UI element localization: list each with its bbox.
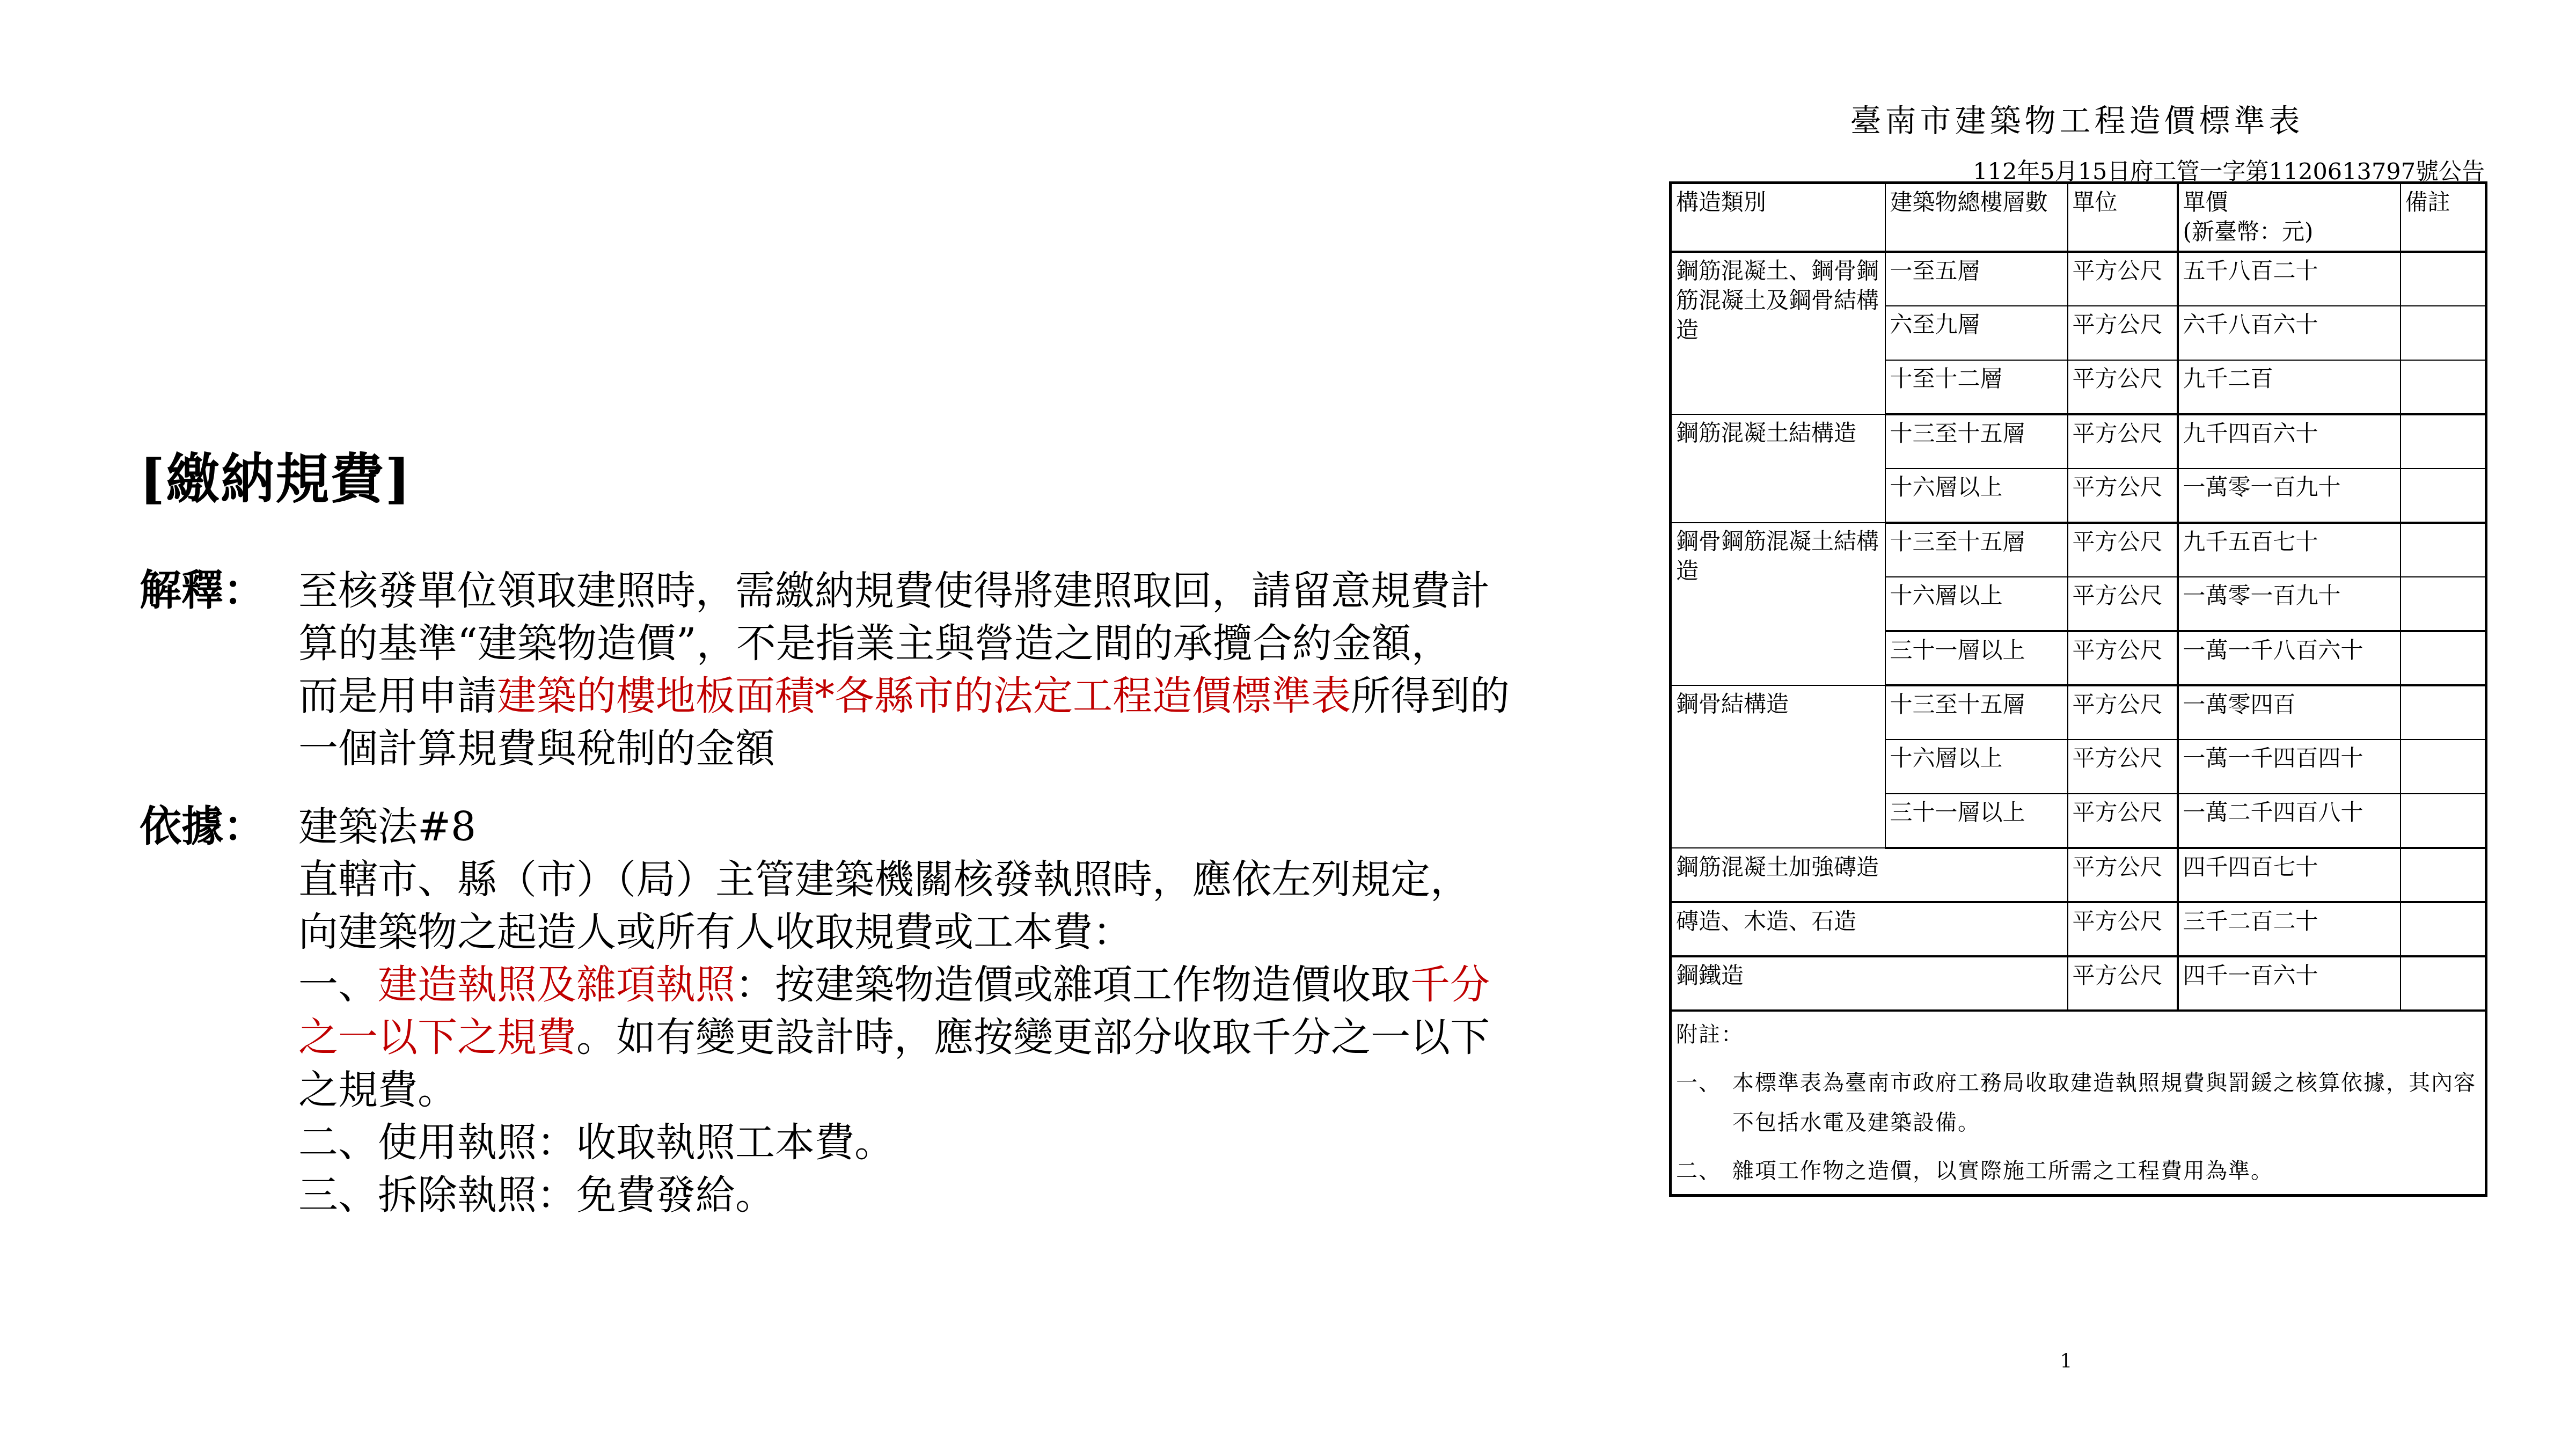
remark-cell (2401, 306, 2486, 360)
table-notes-row: 附註： 一、本標準表為臺南市政府工務局收取建造執照規費與罰鍰之核算依據，其內容不… (1671, 1011, 2486, 1196)
text-segment: 。如有變更設計時，應按變更部分收取千分之一以下 (576, 1014, 1490, 1060)
explain-body: 至核發單位領取建照時，需繳納規費使得將建照取回，請留意規費計 算的基準“建築物造… (298, 565, 1597, 775)
basis-body: 建築法#8 直轄市、縣（市）（局）主管建築機關核發執照時，應依左列規定， 向建築… (298, 801, 1597, 1221)
note-item: 一、本標準表為臺南市政府工務局收取建造執照規費與罰鍰之核算依據，其內容不包括水電… (1676, 1063, 2480, 1143)
notes-cell: 附註： 一、本標準表為臺南市政府工務局收取建造執照規費與罰鍰之核算依據，其內容不… (1671, 1011, 2486, 1196)
note-text: 雜項工作物之造價，以實際施工所需之工程費用為準。 (1732, 1159, 2273, 1183)
text-segment: 千分 (1410, 962, 1490, 1008)
table-row: 鋼骨鋼筋混凝土結構造 十三至十五層 平方公尺 九千五百七十 (1671, 523, 2486, 577)
unit-cell: 平方公尺 (2068, 740, 2178, 794)
unit-cell: 平方公尺 (2068, 956, 2178, 1011)
table-title: 臺南市建築物工程造價標準表 (1669, 96, 2485, 141)
price-cell: 九千五百七十 (2178, 523, 2401, 577)
text-line: 直轄市、縣（市）（局）主管建築機關核發執照時，應依左列規定， (298, 853, 1597, 906)
table-row: 鋼鐵造 平方公尺 四千一百六十 (1671, 956, 2486, 1011)
remark-cell (2401, 360, 2486, 414)
price-cell: 五千八百二十 (2178, 252, 2401, 306)
text-segment: 向建築物之起造人或所有人收取規費或工本費： (298, 909, 1132, 955)
text-segment: 所得到的 (1351, 673, 1510, 719)
price-cell: 九千二百 (2178, 360, 2401, 414)
cost-standard-table: 構造類別 建築物總樓層數 單位 單價 (新臺幣：元) 備註 鋼筋混凝土、鋼骨鋼筋… (1669, 181, 2487, 1197)
remark-cell (2401, 469, 2486, 523)
unit-cell: 平方公尺 (2068, 794, 2178, 848)
note-number: 一、 (1676, 1063, 1732, 1103)
remark-cell (2401, 414, 2486, 469)
floors-cell: 十至十二層 (1885, 360, 2068, 414)
unit-cell: 平方公尺 (2068, 902, 2178, 956)
text-line: 至核發單位領取建照時，需繳納規費使得將建照取回，請留意規費計 (298, 565, 1597, 617)
floors-cell: 十三至十五層 (1885, 685, 2068, 740)
unit-cell: 平方公尺 (2068, 306, 2178, 360)
price-cell: 四千一百六十 (2178, 956, 2401, 1011)
price-header-line1: 單價 (2183, 187, 2396, 217)
table-header-row: 構造類別 建築物總樓層數 單位 單價 (新臺幣：元) 備註 (1671, 183, 2486, 252)
table-row: 鋼骨結構造 十三至十五層 平方公尺 一萬零四百 (1671, 685, 2486, 740)
text-segment: 建築的樓地板面積*各縣市的法定工程造價標準表 (497, 673, 1351, 719)
price-cell: 一萬零一百九十 (2178, 469, 2401, 523)
unit-cell: 平方公尺 (2068, 631, 2178, 685)
price-cell: 三千二百二十 (2178, 902, 2401, 956)
text-segment: 建造執照及雜項執照 (378, 962, 735, 1008)
table-row: 磚造、木造、石造 平方公尺 三千二百二十 (1671, 902, 2486, 956)
text-segment: 一個計算規費與稅制的金額 (298, 726, 775, 772)
text-segment: 至核發單位領取建照時，需繳納規費使得將建照取回，請留意規費計 (298, 568, 1490, 614)
page-title: [繳納規費] (140, 436, 412, 513)
remark-cell (2401, 848, 2486, 902)
remark-cell (2401, 956, 2486, 1011)
note-number: 二、 (1676, 1151, 1732, 1191)
unit-cell: 平方公尺 (2068, 577, 2178, 631)
text-line: 之一以下之規費。如有變更設計時，應按變更部分收取千分之一以下 (298, 1011, 1597, 1064)
floors-cell: 三十一層以上 (1885, 794, 2068, 848)
text-segment: 建築法#8 (298, 804, 476, 850)
unit-cell: 平方公尺 (2068, 414, 2178, 469)
text-segment: 三、拆除執照：免費發給。 (298, 1172, 775, 1218)
page-number: 1 (2034, 1350, 2098, 1372)
table-row: 鋼筋混凝土、鋼骨鋼筋混凝土及鋼骨結構造 一至五層 平方公尺 五千八百二十 (1671, 252, 2486, 306)
category-cell: 鋼骨結構造 (1671, 685, 1885, 848)
text-line: 向建築物之起造人或所有人收取規費或工本費： (298, 906, 1597, 958)
text-line: 算的基準“建築物造價”，不是指業主與營造之間的承攬合約金額， (298, 617, 1597, 670)
text-line: 二、使用執照：收取執照工本費。 (298, 1116, 1597, 1169)
text-segment: 而是用申請 (298, 673, 497, 719)
remark-cell (2401, 252, 2486, 306)
category-cell: 鋼筋混凝土、鋼骨鋼筋混凝土及鋼骨結構造 (1671, 252, 1885, 414)
remark-cell (2401, 902, 2486, 956)
floors-cell: 六至九層 (1885, 306, 2068, 360)
col-header-category: 構造類別 (1671, 183, 1885, 252)
text-segment: 直轄市、縣（市）（局）主管建築機關核發執照時，應依左列規定， (298, 857, 1470, 903)
col-header-floors: 建築物總樓層數 (1885, 183, 2068, 252)
text-line: 而是用申請建築的樓地板面積*各縣市的法定工程造價標準表所得到的 (298, 670, 1597, 722)
notes-label: 附註： (1676, 1015, 2480, 1055)
floors-cell: 十三至十五層 (1885, 414, 2068, 469)
remark-cell (2401, 631, 2486, 685)
col-header-remarks: 備註 (2401, 183, 2486, 252)
price-cell: 九千四百六十 (2178, 414, 2401, 469)
note-text: 本標準表為臺南市政府工務局收取建造執照規費與罰鍰之核算依據，其內容不包括水電及建… (1732, 1071, 2476, 1135)
category-cell: 鋼筋混凝土結構造 (1671, 414, 1885, 523)
floors-cell: 十六層以上 (1885, 469, 2068, 523)
floors-cell: 三十一層以上 (1885, 631, 2068, 685)
explain-label: 解釋： (140, 565, 295, 617)
text-line: 之規費。 (298, 1064, 1597, 1116)
text-segment: 之規費。 (298, 1067, 457, 1113)
text-segment: 算的基準“建築物造價”，不是指業主與營造之間的承攬合約金額， (298, 620, 1451, 667)
text-line: 建築法#8 (298, 801, 1597, 853)
unit-cell: 平方公尺 (2068, 360, 2178, 414)
price-cell: 四千四百七十 (2178, 848, 2401, 902)
category-cell: 鋼鐵造 (1671, 956, 2068, 1011)
floors-cell: 十六層以上 (1885, 740, 2068, 794)
remark-cell (2401, 685, 2486, 740)
unit-cell: 平方公尺 (2068, 469, 2178, 523)
text-line: 三、拆除執照：免費發給。 (298, 1169, 1597, 1221)
unit-cell: 平方公尺 (2068, 523, 2178, 577)
text-segment: 之一以下之規費 (298, 1014, 576, 1060)
price-cell: 一萬一千八百六十 (2178, 631, 2401, 685)
category-cell: 磚造、木造、石造 (1671, 902, 2068, 956)
unit-cell: 平方公尺 (2068, 685, 2178, 740)
category-cell: 鋼骨鋼筋混凝土結構造 (1671, 523, 1885, 685)
remark-cell (2401, 523, 2486, 577)
price-cell: 一萬零一百九十 (2178, 577, 2401, 631)
remark-cell (2401, 740, 2486, 794)
text-line: 一個計算規費與稅制的金額 (298, 722, 1597, 775)
remark-cell (2401, 794, 2486, 848)
basis-label: 依據： (140, 801, 295, 853)
table-row: 鋼筋混凝土加強磚造 平方公尺 四千四百七十 (1671, 848, 2486, 902)
price-cell: 一萬二千四百八十 (2178, 794, 2401, 848)
unit-cell: 平方公尺 (2068, 848, 2178, 902)
unit-cell: 平方公尺 (2068, 252, 2178, 306)
table-row: 鋼筋混凝土結構造 十三至十五層 平方公尺 九千四百六十 (1671, 414, 2486, 469)
price-cell: 一萬零四百 (2178, 685, 2401, 740)
floors-cell: 十三至十五層 (1885, 523, 2068, 577)
text-segment: 二、使用執照：收取執照工本費。 (298, 1119, 894, 1166)
price-cell: 六千八百六十 (2178, 306, 2401, 360)
col-header-price: 單價 (新臺幣：元) (2178, 183, 2401, 252)
text-line: 一、建造執照及雜項執照：按建築物造價或雜項工作物造價收取千分 (298, 958, 1597, 1011)
text-segment: 一、 (298, 962, 378, 1008)
category-cell: 鋼筋混凝土加強磚造 (1671, 848, 2068, 902)
floors-cell: 一至五層 (1885, 252, 2068, 306)
floors-cell: 十六層以上 (1885, 577, 2068, 631)
note-item: 二、雜項工作物之造價，以實際施工所需之工程費用為準。 (1676, 1151, 2480, 1191)
price-header-line2: (新臺幣：元) (2183, 217, 2396, 246)
price-cell: 一萬一千四百四十 (2178, 740, 2401, 794)
remark-cell (2401, 577, 2486, 631)
text-segment: ：按建築物造價或雜項工作物造價收取 (735, 962, 1410, 1008)
col-header-unit: 單位 (2068, 183, 2178, 252)
